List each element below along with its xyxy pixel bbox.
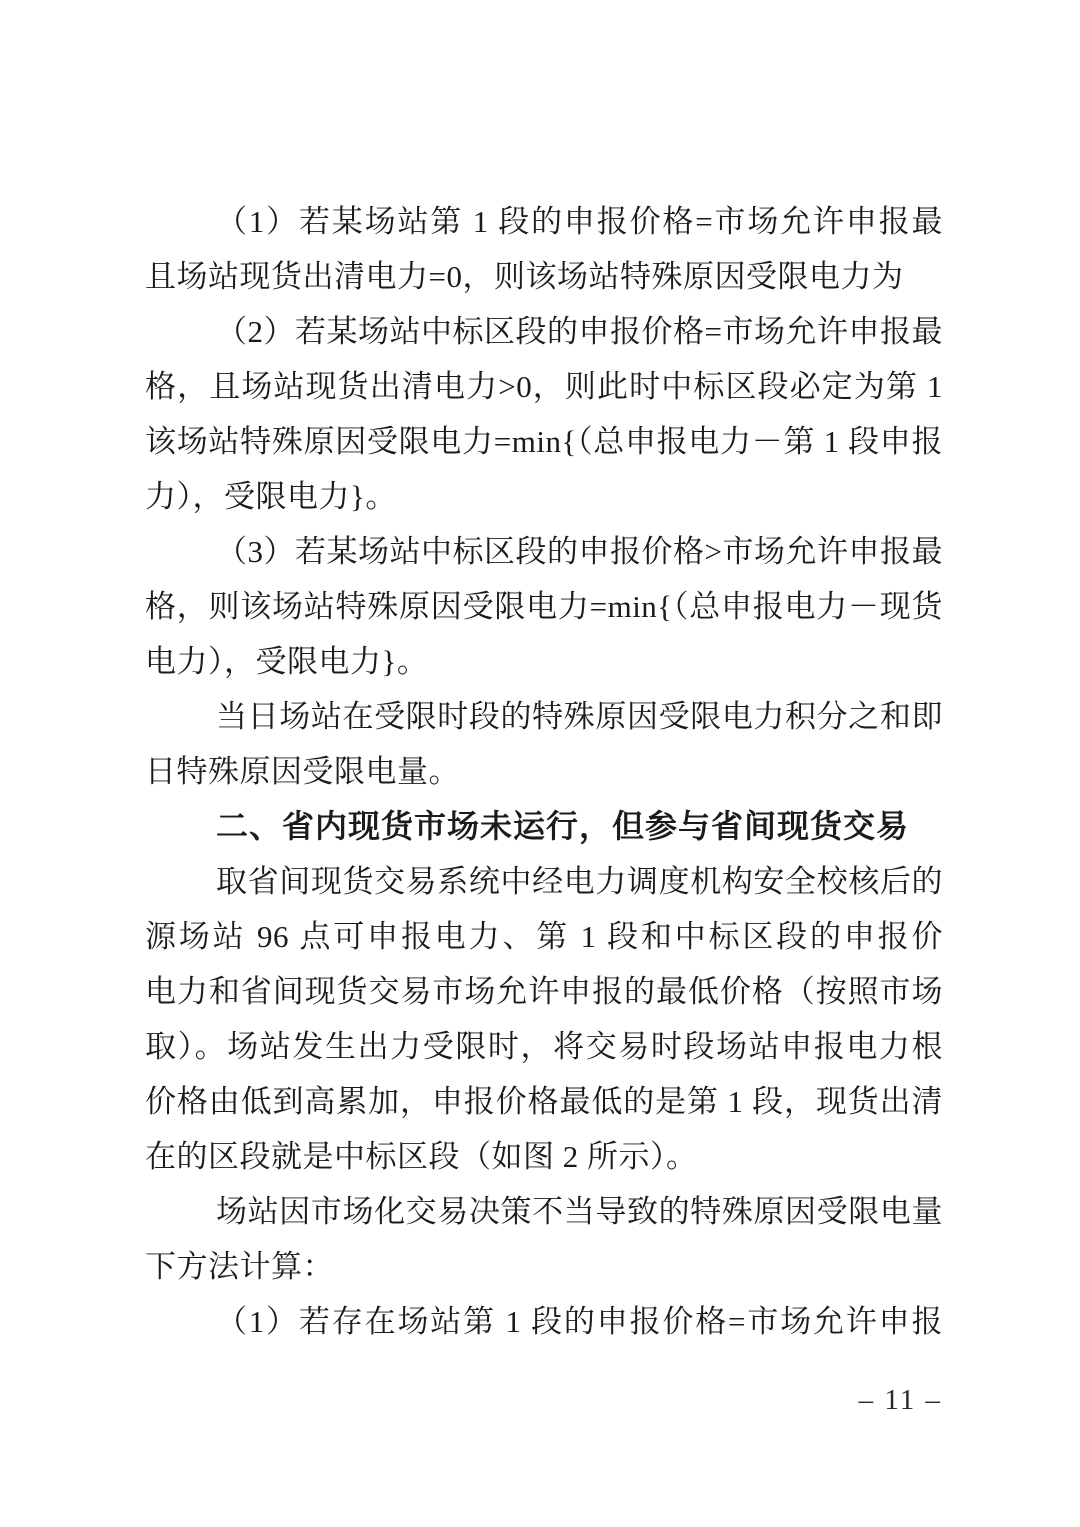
paragraph-7: （1）若存在场站第 1 段的申报价格=市场允许申报最低价: [145, 1294, 943, 1349]
paragraph-3-line-3: 电力），受限电力}。: [145, 634, 943, 689]
paragraph-7-line-1: （1）若存在场站第 1 段的申报价格=市场允许申报最低价: [145, 1294, 943, 1349]
paragraph-6-line-1: 场站因市场化交易决策不当导致的特殊原因受限电量按如: [145, 1184, 943, 1239]
paragraph-4-line-2: 日特殊原因受限电量。: [145, 744, 943, 799]
paragraph-5-line-6: 在的区段就是中标区段（如图 2 所示）。: [145, 1129, 943, 1184]
paragraph-5-line-4: 取）。场站发生出力受限时，将交易时段场站申报电力根据申报: [145, 1019, 943, 1074]
paragraph-2-line-4: 力），受限电力}。: [145, 469, 943, 524]
paragraph-1-line-1: （1）若某场站第 1 段的申报价格=市场允许申报最低价格，: [145, 194, 943, 249]
paragraph-6-line-2: 下方法计算：: [145, 1239, 943, 1294]
paragraph-5-line-5: 价格由低到高累加，申报价格最低的是第 1 段，现货出清电力所: [145, 1074, 943, 1129]
paragraph-3-line-1: （3）若某场站中标区段的申报价格>市场允许申报最低价: [145, 524, 943, 579]
section-heading-text: 二、省内现货市场未运行，但参与省间现货交易: [145, 799, 943, 854]
paragraph-2-line-3: 该场站特殊原因受限电力=min{（总申报电力－第 1 段申报电: [145, 414, 943, 469]
paragraph-6: 场站因市场化交易决策不当导致的特殊原因受限电量按如 下方法计算：: [145, 1184, 943, 1294]
document-body: （1）若某场站第 1 段的申报价格=市场允许申报最低价格， 且场站现货出清电力=…: [145, 194, 943, 1349]
paragraph-5-line-1: 取省间现货交易系统中经电力调度机构安全校核后的新能: [145, 854, 943, 909]
paragraph-5: 取省间现货交易系统中经电力调度机构安全校核后的新能 源场站 96 点可申报电力、…: [145, 854, 943, 1184]
document-page: （1）若某场站第 1 段的申报价格=市场允许申报最低价格， 且场站现货出清电力=…: [0, 0, 1080, 1527]
paragraph-3: （3）若某场站中标区段的申报价格>市场允许申报最低价 格，则该场站特殊原因受限电…: [145, 524, 943, 689]
paragraph-1: （1）若某场站第 1 段的申报价格=市场允许申报最低价格， 且场站现货出清电力=…: [145, 194, 943, 304]
paragraph-4: 当日场站在受限时段的特殊原因受限电力积分之和即为当 日特殊原因受限电量。: [145, 689, 943, 799]
page-number: – 11 –: [859, 1380, 942, 1420]
paragraph-4-line-1: 当日场站在受限时段的特殊原因受限电力积分之和即为当: [145, 689, 943, 744]
paragraph-2-line-1: （2）若某场站中标区段的申报价格=市场允许申报最低价: [145, 304, 943, 359]
paragraph-3-line-2: 格，则该场站特殊原因受限电力=min{（总申报电力－现货出清: [145, 579, 943, 634]
paragraph-2: （2）若某场站中标区段的申报价格=市场允许申报最低价 格，且场站现货出清电力>0…: [145, 304, 943, 524]
paragraph-1-line-2: 且场站现货出清电力=0，则该场站特殊原因受限电力为零。: [145, 249, 943, 304]
paragraph-5-line-3: 电力和省间现货交易市场允许申报的最低价格（按照市场参数留: [145, 964, 943, 1019]
section-heading: 二、省内现货市场未运行，但参与省间现货交易: [145, 799, 943, 854]
paragraph-5-line-2: 源场站 96 点可申报电力、第 1 段和中标区段的申报价格、出清: [145, 909, 943, 964]
paragraph-2-line-2: 格，且场站现货出清电力>0，则此时中标区段必定为第 1 段，则: [145, 359, 943, 414]
